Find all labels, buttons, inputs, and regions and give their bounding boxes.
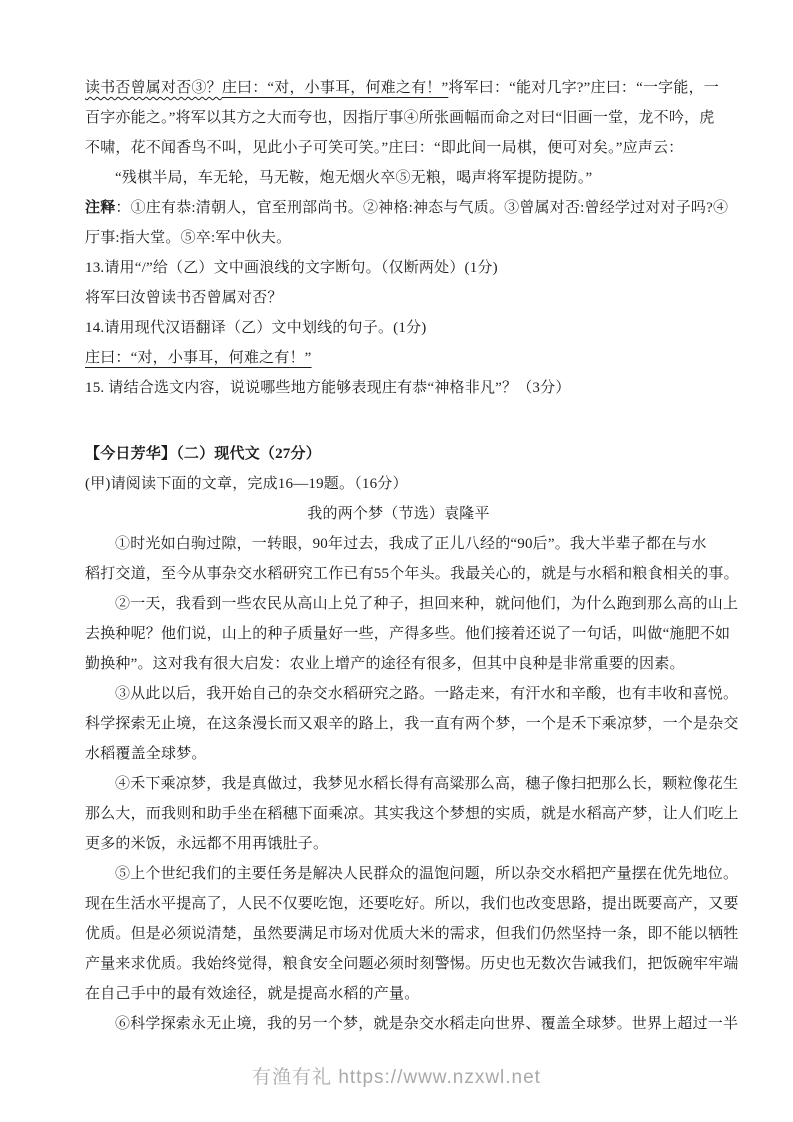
text-segment: ①时光如白驹过隙，一转眼，90年过去，我成了正儿八经的“90后”。我大半辈子都在… (115, 536, 707, 552)
text-line-25: 更多的米饭，永远都不用再饿肚子。 (85, 829, 712, 859)
text-segment: 稻打交道，至今从事杂交水稻研究工作已有55个年头。我最关心的，就是与水稻和粮食相… (85, 566, 739, 582)
text-line-8: 将军曰汝曾读书否曾属对否？ (85, 283, 712, 313)
text-line-21: 科学探索无止境，在这条漫长而又艰辛的路上，我一直有两个梦，一个是禾下乘凉梦，一个… (85, 709, 712, 739)
text-segment: 科学探索无止境，在这条漫长而又艰辛的路上，我一直有两个梦，一个是禾下乘凉梦，一个… (85, 716, 739, 732)
text-segment: 【今日芳华】（二）现代文（27分） (85, 446, 321, 462)
text-line-23: ④禾下乘凉梦，我是真做过，我梦见水稻长得有高粱那么高，穗子像扫把那么长，颗粒像花… (85, 769, 712, 799)
text-segment-solid-underline: 庄曰：“对，小事耳，何难之有！” (222, 80, 449, 96)
text-line-30: 在自己手中的最有效途径，就是提高水稻的产量。 (85, 979, 712, 1009)
text-segment: 15. 请结合选文内容，说说哪些地方能够表现庄有恭“神格非凡”？（3分） (85, 380, 571, 396)
text-line-3: 不啸，花不闻香鸟不叫，见此小子可笑可笑。”庄曰：“即此间一局棋，便可对矣。”应声… (85, 133, 712, 163)
text-segment: 去换种呢？他们说，山上的种子质量好一些，产得多些。他们接着还说了一句话，叫做“施… (85, 626, 730, 642)
text-line-20: ③从此以后，我开始自己的杂交水稻研究之路。一路走来，有汗水和辛酸，也有丰收和喜悦… (85, 679, 712, 709)
text-segment: 14.请用现代汉语翻译（乙）文中划线的句子。(1分) (85, 320, 426, 336)
watermark-footer: 有渔有礼 https://www.nzxwl.net (0, 1062, 793, 1089)
text-line-22: 水稻覆盖全球梦。 (85, 739, 712, 769)
text-segment: 13.请用“/”给（乙）文中画浪线的文字断句。（仅断两处）(1分) (85, 260, 498, 276)
text-segment: 将军曰汝曾读书否曾属对否？ (85, 290, 283, 306)
document-body: 读书否曾属对否③？庄曰：“对，小事耳，何难之有！”将军曰：“能对几字?”庄曰：“… (85, 73, 712, 1039)
text-segment: 在自己手中的最有效途径，就是提高水稻的产量。 (85, 986, 419, 1002)
text-segment: ⑥科学探索永无止境，我的另一个梦，就是杂交水稻走向世界、覆盖全球梦。世界上超过一… (115, 1016, 738, 1032)
text-segment: 水稻覆盖全球梦。 (85, 746, 207, 762)
text-segment: 注释 (85, 200, 115, 216)
text-segment: 产量来求优质。我始终觉得，粮食安全问题必须时刻警惕。历史也无数次告诫我们，把饭碗… (85, 956, 739, 972)
watermark-text: 有渔有礼 https://www.nzxwl.net (252, 1067, 541, 1088)
text-line-16: 稻打交道，至今从事杂交水稻研究工作已有55个年头。我最关心的，就是与水稻和粮食相… (85, 559, 712, 589)
text-segment: ⑤上个世纪我们的主要任务是解决人民群众的温饱问题，所以杂交水稻把产量摆在优先地位… (115, 866, 738, 882)
text-segment: 将军曰：“能对几字?”庄曰：“一字能，一 (448, 80, 719, 96)
text-line-19: 勤换种”。这对我有很大启发：农业上增产的途径有很多，但其中良种是非常重要的因素。 (85, 649, 712, 679)
text-line-4: “残棋半局，车无轮，马无鞍，炮无烟火卒⑤无粮，喝声将军提防提防。” (85, 163, 712, 193)
exam-page: 读书否曾属对否③？庄曰：“对，小事耳，何难之有！”将军曰：“能对几字?”庄曰：“… (0, 0, 793, 1122)
text-line-5: 注释：①庄有恭:清朝人，官至刑部尚书。②神格:神态与气质。③曾属对否:曾经学过对… (85, 193, 712, 223)
text-line-17: ②一天，我看到一些农民从高山上兑了种子，担回来种，就问他们，为什么跑到那么高的山… (85, 589, 712, 619)
text-line-27: 现在生活水平提高了，人民不仅要吃饱，还要吃好。所以，我们也改变思路，提出既要高产… (85, 889, 712, 919)
text-line-15: ①时光如白驹过隙，一转眼，90年过去，我成了正儿八经的“90后”。我大半辈子都在… (85, 529, 712, 559)
text-line-28: 优质。但是必须说清楚，虽然要满足市场对优质大米的需求，但我们仍然坚持一条，即不能… (85, 919, 712, 949)
text-line-31: ⑥科学探索永无止境，我的另一个梦，就是杂交水稻走向世界、覆盖全球梦。世界上超过一… (85, 1009, 712, 1039)
text-line-10: 庄曰：“对，小事耳，何难之有！” (85, 343, 712, 373)
text-segment: 更多的米饭，永远都不用再饿肚子。 (85, 836, 328, 852)
text-line-2: 百字亦能之。”将军以其方之大而夸也，因指厅事④所张画幅而命之对曰“旧画一堂，龙不… (85, 103, 712, 133)
text-segment: “残棋半局，车无轮，马无鞍，炮无烟火卒⑤无粮，喝声将军提防提防。” (115, 170, 592, 186)
text-line-14: 我的两个梦（节选）袁隆平 (85, 499, 712, 529)
text-line-6: 厅事:指大堂。⑤卒:军中伙夫。 (85, 223, 712, 253)
text-line-11: 15. 请结合选文内容，说说哪些地方能够表现庄有恭“神格非凡”？（3分） (85, 373, 712, 403)
text-segment: 厅事:指大堂。⑤卒:军中伙夫。 (85, 230, 291, 246)
text-line-7: 13.请用“/”给（乙）文中画浪线的文字断句。（仅断两处）(1分) (85, 253, 712, 283)
text-segment: ②一天，我看到一些农民从高山上兑了种子，担回来种，就问他们，为什么跑到那么高的山… (115, 596, 738, 612)
text-line-29: 产量来求优质。我始终觉得，粮食安全问题必须时刻警惕。历史也无数次告诫我们，把饭碗… (85, 949, 712, 979)
text-segment: 不啸，花不闻香鸟不叫，见此小子可笑可笑。”庄曰：“即此间一局棋，便可对矣。”应声… (85, 140, 683, 156)
text-segment: ③从此以后，我开始自己的杂交水稻研究之路。一路走来，有汗水和辛酸，也有丰收和喜悦… (115, 686, 738, 702)
text-segment: 现在生活水平提高了，人民不仅要吃饱，还要吃好。所以，我们也改变思路，提出既要高产… (85, 896, 739, 912)
text-segment: 那么大，而我则和助手坐在稻穗下面乘凉。其实我这个梦想的实质，就是水稻高产梦，让人… (85, 806, 739, 822)
text-line-24: 那么大，而我则和助手坐在稻穗下面乘凉。其实我这个梦想的实质，就是水稻高产梦，让人… (85, 799, 712, 829)
text-line-13: (甲)请阅读下面的文章，完成16—19题。（16分） (85, 469, 712, 499)
text-segment: 勤换种”。这对我有很大启发：农业上增产的途径有很多，但其中良种是非常重要的因素。 (85, 656, 685, 672)
text-line-18: 去换种呢？他们说，山上的种子质量好一些，产得多些。他们接着还说了一句话，叫做“施… (85, 619, 712, 649)
text-segment: 百字亦能之。”将军以其方之大而夸也，因指厅事④所张画幅而命之对曰“旧画一堂，龙不… (85, 110, 714, 126)
text-segment: ④禾下乘凉梦，我是真做过，我梦见水稻长得有高粱那么高，穗子像扫把那么长，颗粒像花… (115, 776, 738, 792)
text-line-26: ⑤上个世纪我们的主要任务是解决人民群众的温饱问题，所以杂交水稻把产量摆在优先地位… (85, 859, 712, 889)
text-line-12: 【今日芳华】（二）现代文（27分） (85, 439, 712, 469)
text-line-9: 14.请用现代汉语翻译（乙）文中划线的句子。(1分) (85, 313, 712, 343)
text-segment: ：①庄有恭:清朝人，官至刑部尚书。②神格:神态与气质。③曾属对否:曾经学过对对子… (115, 200, 728, 216)
text-segment: 我的两个梦（节选）袁隆平 (307, 506, 489, 522)
text-segment: 优质。但是必须说清楚，虽然要满足市场对优质大米的需求，但我们仍然坚持一条，即不能… (85, 926, 739, 942)
text-segment: (甲)请阅读下面的文章，完成16—19题。（16分） (85, 476, 408, 492)
text-line-1: 读书否曾属对否③？庄曰：“对，小事耳，何难之有！”将军曰：“能对几字?”庄曰：“… (85, 73, 712, 103)
text-segment-wavy-underline: 读书否曾属对否③？ (85, 80, 222, 96)
text-segment-solid-underline: 庄曰：“对，小事耳，何难之有！” (85, 350, 312, 366)
